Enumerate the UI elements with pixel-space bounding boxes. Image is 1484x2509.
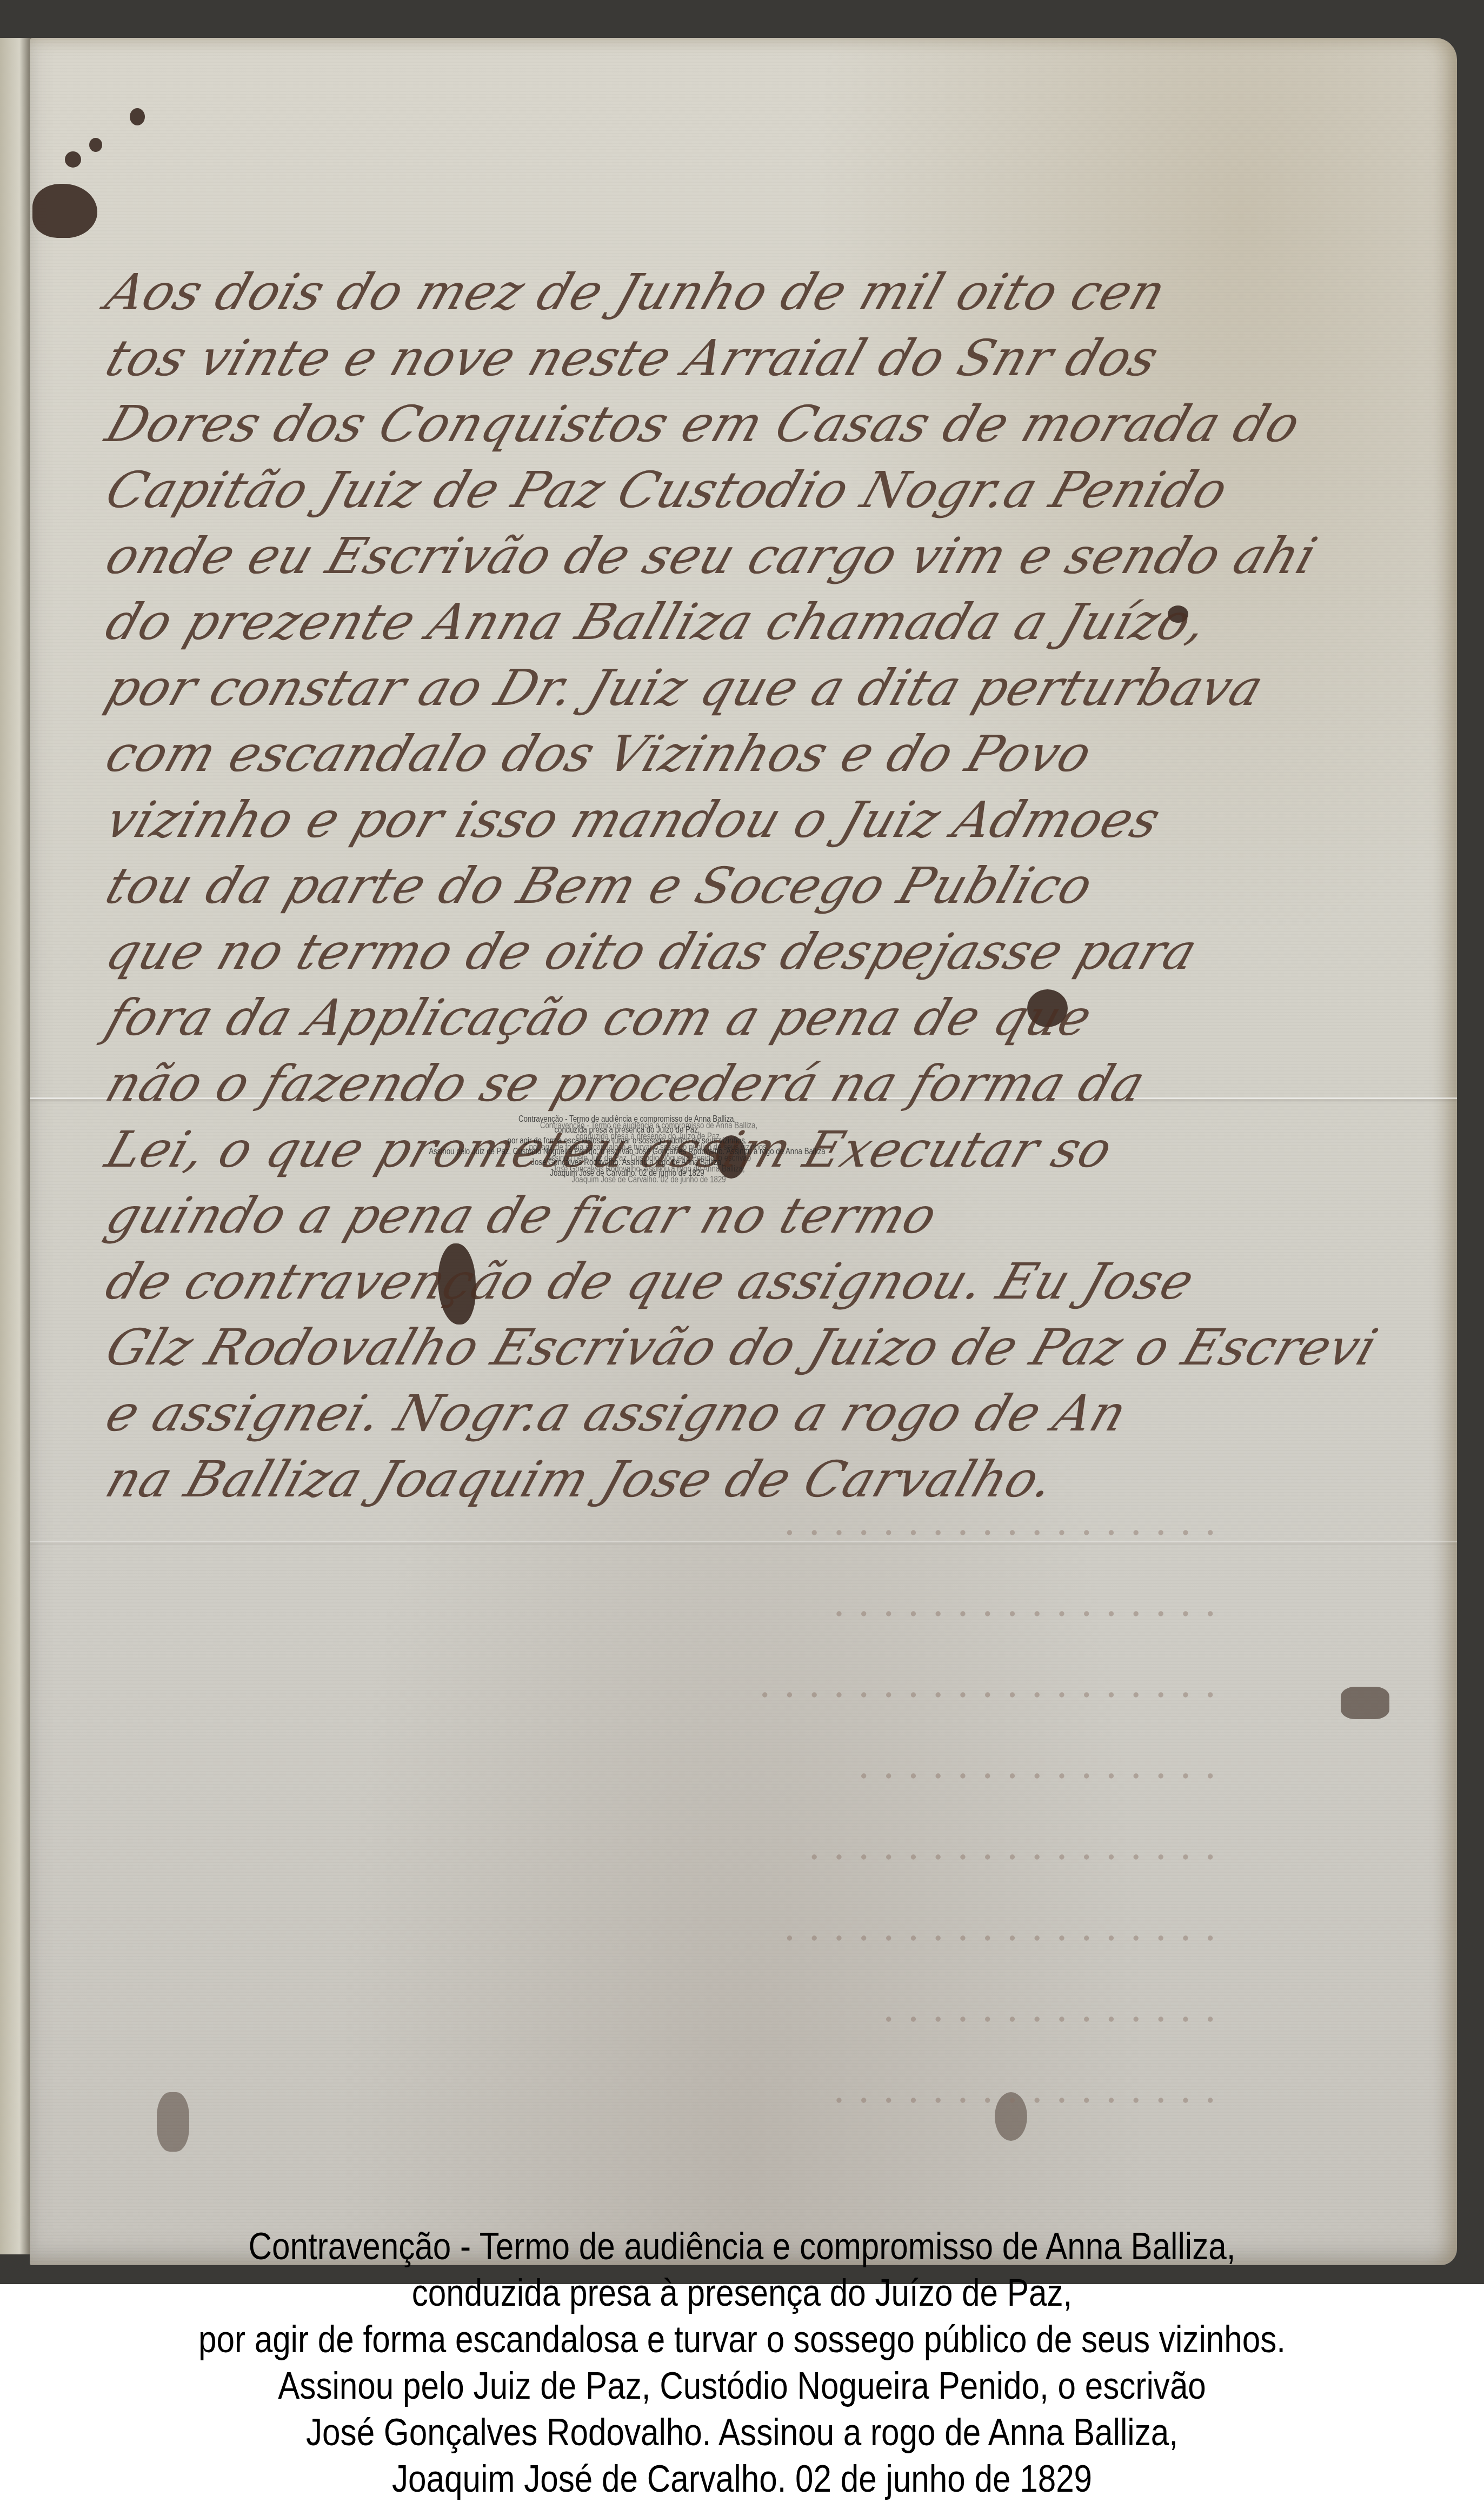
watermark-line: conduzida presa à presença do Juízo de P… — [396, 1131, 902, 1142]
binding-spine — [0, 38, 32, 2254]
handwriting-line: tos vinte e nove neste Arraial do Snr do… — [97, 325, 1243, 391]
caption-line: conduzida presa à presença do Juízo de P… — [104, 2270, 1380, 2316]
handwriting-line: que no termo de oito dias despejasse par… — [97, 919, 1243, 985]
handwriting-line: vizinho e por isso mandou o Juiz Admoes — [97, 787, 1243, 853]
handwritten-text: Aos dois do mez de Junho de mil oito cen… — [108, 259, 1233, 1513]
edge-damage — [1341, 1687, 1389, 1719]
bleed-through-text: · · · · · · · · · · · · · · · · · · · · … — [81, 1492, 1216, 2141]
handwriting-line: de contravenção de que assignou. Eu Jose — [97, 1249, 1243, 1315]
bleed-through-line: · · · · · · · · · · · · · · — [72, 1979, 1225, 2060]
handwriting-line: Dores dos Conquistos em Casas de morada … — [97, 391, 1243, 457]
bleed-through-line: · · · · · · · · · · · · · · · · · · · — [72, 1654, 1225, 1735]
caption-line: por agir de forma escandalosa e turvar o… — [104, 2316, 1380, 2362]
document-caption: Contravenção - Termo de audiência e comp… — [0, 2223, 1484, 2502]
handwriting-line: guindo a pena de ficar no termo — [97, 1183, 1243, 1249]
bleed-through-line: · · · · · · · · · · · · · · · · — [72, 1573, 1225, 1654]
handwriting-line: Glz Rodovalho Escrivão do Juizo de Paz o… — [97, 1315, 1243, 1381]
bleed-through-line: · · · · · · · · · · · · · · · · · · — [72, 1492, 1225, 1573]
handwriting-line: Capitão Juiz de Paz Custodio Nogr.a Peni… — [97, 457, 1243, 523]
ink-stain — [32, 184, 97, 238]
caption-line: José Gonçalves Rodovalho. Assinou a rogo… — [104, 2409, 1380, 2455]
handwriting-line: não o fazendo se procederá na forma da — [97, 1051, 1243, 1117]
document-photograph: Aos dois do mez de Junho de mil oito cen… — [0, 0, 1484, 2284]
bleed-through-line: · · · · · · · · · · · · · · · · · — [72, 1816, 1225, 1898]
caption-date-line: Joaquim José de Carvalho. 02 de junho de… — [104, 2455, 1380, 2502]
handwriting-line: do prezente Anna Balliza chamada a Juízo… — [97, 589, 1243, 655]
bleed-through-line: · · · · · · · · · · · · · · · · — [72, 2060, 1225, 2141]
watermark-line: Joaquim José de Carvalho. 02 de junho de… — [396, 1174, 902, 1185]
handwriting-line: onde eu Escrivão de seu cargo vim e send… — [97, 523, 1243, 589]
caption-title-line: Contravenção - Termo de audiência e comp… — [104, 2223, 1380, 2270]
watermark-line: Assinou pelo Juiz de Paz, Custódio Nogue… — [396, 1153, 902, 1163]
ink-spot — [89, 138, 102, 152]
bleed-through-line: · · · · · · · · · · · · · · · · · · — [72, 1898, 1225, 1979]
ink-spot — [65, 151, 81, 168]
handwriting-line: com escandalo dos Vizinhos e do Povo — [97, 721, 1243, 787]
watermark-line: José Gonçalves Rodovalho. Assinou a rogo… — [396, 1163, 902, 1174]
watermark-line: por agir de forma escandalosa e turvar o… — [396, 1142, 902, 1153]
watermark-caption-duplicate: Contravenção - Termo de audiência e comp… — [396, 1120, 902, 1185]
handwriting-line: por constar ao Dr. Juiz que a dita pertu… — [97, 655, 1243, 721]
handwriting-line: Aos dois do mez de Junho de mil oito cen — [97, 259, 1243, 325]
handwriting-line: tou da parte do Bem e Socego Publico — [97, 853, 1243, 919]
watermark-line: Contravenção - Termo de audiência e comp… — [396, 1120, 902, 1131]
handwriting-line: e assignei. Nogr.a assigno a rogo de An — [97, 1381, 1243, 1447]
handwriting-line: fora da Applicação com a pena de que — [97, 985, 1243, 1051]
ink-spot — [130, 108, 145, 125]
caption-line: Assinou pelo Juiz de Paz, Custódio Nogue… — [104, 2362, 1380, 2409]
bleed-through-line: · · · · · · · · · · · · · · · — [72, 1735, 1225, 1816]
